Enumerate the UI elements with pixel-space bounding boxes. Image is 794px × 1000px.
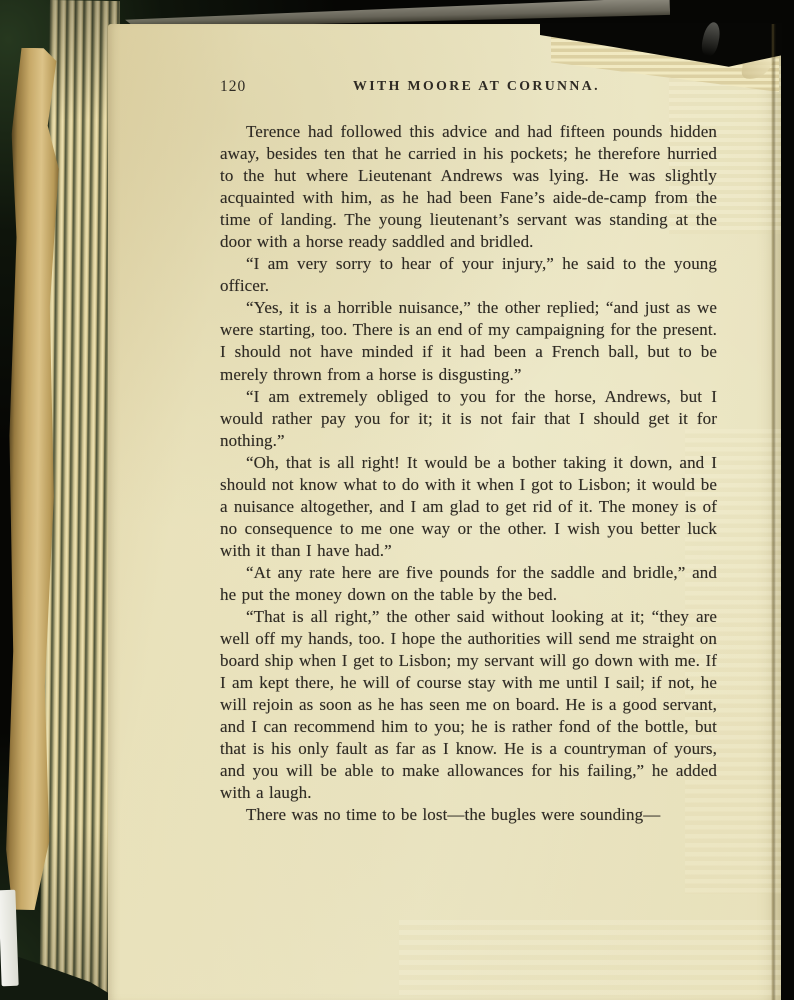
paragraph: “That is all right,” the other said with…: [220, 606, 717, 804]
cover-corner-sliver: [0, 890, 19, 987]
page-fore-edge-crease: [771, 24, 776, 1000]
paragraph: “At any rate here are five pounds for th…: [220, 562, 717, 606]
page-header: 120 WITH MOORE AT CORUNNA.: [220, 78, 717, 97]
paragraph: “Yes, it is a horrible nuisance,” the ot…: [220, 297, 717, 385]
book-page: 120 WITH MOORE AT CORUNNA. Terence had f…: [108, 24, 781, 1000]
page-text-column: 120 WITH MOORE AT CORUNNA. Terence had f…: [220, 78, 717, 827]
paragraph: “Oh, that is all right! It would be a bo…: [220, 452, 717, 562]
paragraph: There was no time to be lost—the bugles …: [220, 804, 717, 826]
paragraph: “I am very sorry to hear of your injury,…: [220, 253, 717, 297]
paragraph: “I am extremely obliged to you for the h…: [220, 386, 717, 452]
fore-edge-showthrough: [399, 920, 781, 996]
page-body: Terence had followed this advice and had…: [220, 121, 717, 827]
book-photo: 120 WITH MOORE AT CORUNNA. Terence had f…: [0, 0, 794, 1000]
page-number: 120: [220, 78, 246, 96]
running-head: WITH MOORE AT CORUNNA.: [220, 78, 717, 94]
paragraph: Terence had followed this advice and had…: [220, 121, 717, 253]
